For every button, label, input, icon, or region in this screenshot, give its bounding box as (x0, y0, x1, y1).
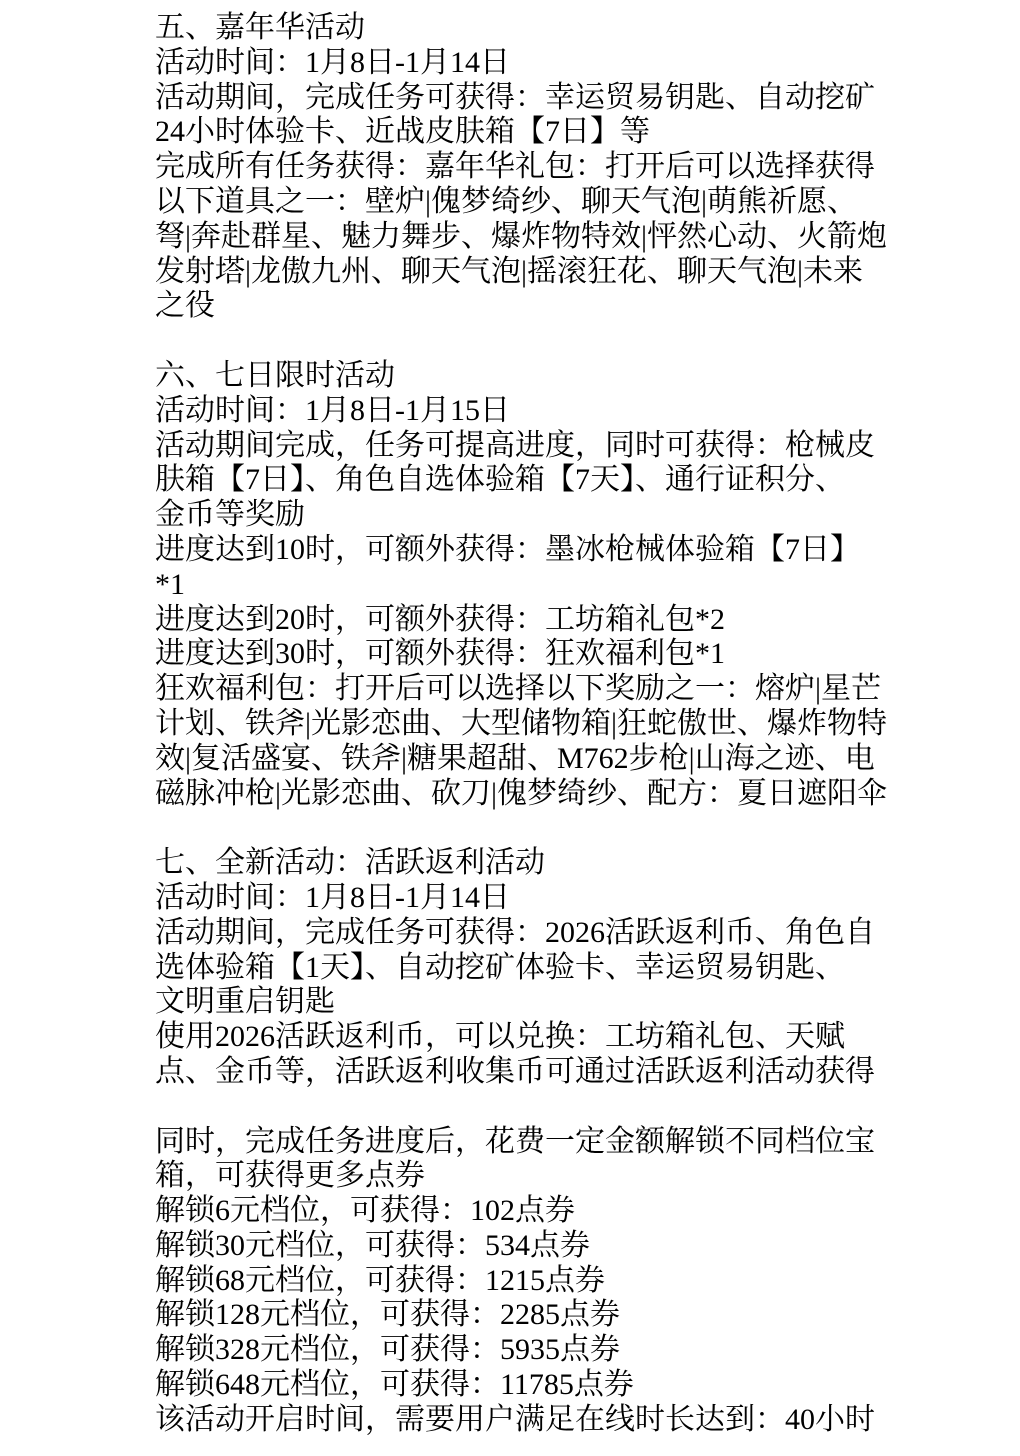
text-line: 七、全新活动：活跃返利活动 (155, 846, 895, 881)
text-line: 活动时间：1月8日-1月14日 (155, 881, 895, 916)
text-line: 进度达到20时，可额外获得：工坊箱礼包*2 (155, 603, 895, 638)
text-line (155, 1090, 895, 1125)
document-page: 五、嘉年华活动活动时间：1月8日-1月14日活动期间，完成任务可获得：幸运贸易钥… (0, 0, 1020, 1456)
text-line: 五、嘉年华活动 (155, 11, 895, 46)
text-line: 进度达到30时，可额外获得：狂欢福利包*1 (155, 637, 895, 672)
text-line: 解锁30元档位，可获得：534点券 (155, 1229, 895, 1264)
text-line: 箱，可获得更多点券 (155, 1159, 895, 1194)
text-line: 活动期间，完成任务可获得：2026活跃返利币、角色自 (155, 916, 895, 951)
text-line: 活动期间，完成任务可获得：幸运贸易钥匙、自动挖矿 (155, 81, 895, 116)
text-line: *1 (155, 568, 895, 603)
text-line: 弩|奔赴群星、魅力舞步、爆炸物特效|怦然心动、火箭炮 (155, 220, 895, 255)
text-line: 解锁6元档位，可获得：102点券 (155, 1194, 895, 1229)
text-line: 磁脉冲枪|光影恋曲、砍刀|傀梦绮纱、配方：夏日遮阳伞 (155, 777, 895, 812)
scrollbar[interactable] (1004, 0, 1020, 1456)
text-line: 发射塔|龙傲九州、聊天气泡|摇滚狂花、聊天气泡|未来 (155, 255, 895, 290)
text-line: 进度达到10时，可额外获得：墨冰枪械体验箱【7日】 (155, 533, 895, 568)
text-line: 计划、铁斧|光影恋曲、大型储物箱|狂蛇傲世、爆炸物特 (155, 707, 895, 742)
text-line (155, 811, 895, 846)
text-line: 解锁68元档位，可获得：1215点券 (155, 1264, 895, 1299)
text-line: 效|复活盛宴、铁斧|糖果超甜、M762步枪|山海之迹、电 (155, 742, 895, 777)
text-line (155, 324, 895, 359)
text-line: 六、七日限时活动 (155, 359, 895, 394)
text-line: 之役 (155, 289, 895, 324)
text-line: 使用2026活跃返利币，可以兑换：工坊箱礼包、天赋 (155, 1020, 895, 1055)
text-line: 活动期间完成，任务可提高进度，同时可获得：枪械皮 (155, 429, 895, 464)
text-line: 以下道具之一：壁炉|傀梦绮纱、聊天气泡|萌熊祈愿、 (155, 185, 895, 220)
text-line: 该活动开启时间，需要用户满足在线时长达到：40小时 (155, 1403, 895, 1438)
text-line: 活动时间：1月8日-1月15日 (155, 394, 895, 429)
document-text: 五、嘉年华活动活动时间：1月8日-1月14日活动期间，完成任务可获得：幸运贸易钥… (155, 11, 895, 1438)
text-line: 活动时间：1月8日-1月14日 (155, 46, 895, 81)
text-line: 同时，完成任务进度后，花费一定金额解锁不同档位宝 (155, 1125, 895, 1160)
text-line: 解锁128元档位，可获得：2285点券 (155, 1298, 895, 1333)
text-line: 点、金币等，活跃返利收集币可通过活跃返利活动获得 (155, 1055, 895, 1090)
text-line: 金币等奖励 (155, 498, 895, 533)
text-line: 狂欢福利包：打开后可以选择以下奖励之一：熔炉|星芒 (155, 672, 895, 707)
text-line: 完成所有任务获得：嘉年华礼包：打开后可以选择获得 (155, 150, 895, 185)
text-line: 解锁648元档位，可获得：11785点券 (155, 1368, 895, 1403)
text-line: 文明重启钥匙 (155, 985, 895, 1020)
text-line: 24小时体验卡、近战皮肤箱【7日】等 (155, 115, 895, 150)
text-line: 选体验箱【1天】、自动挖矿体验卡、幸运贸易钥匙、 (155, 951, 895, 986)
text-line: 肤箱【7日】、角色自选体验箱【7天】、通行证积分、 (155, 463, 895, 498)
text-line: 解锁328元档位，可获得：5935点券 (155, 1333, 895, 1368)
